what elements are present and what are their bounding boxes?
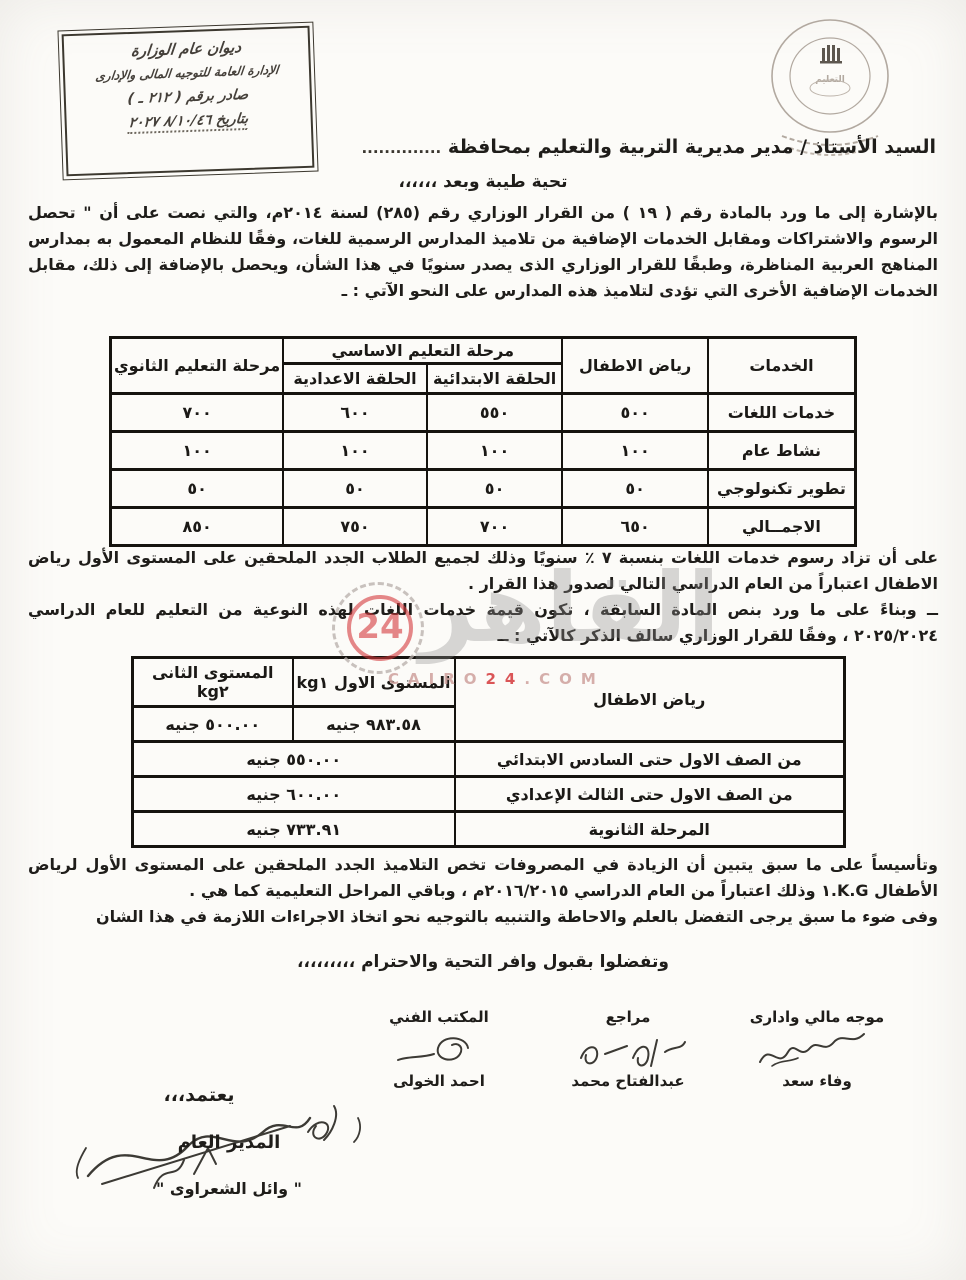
signature-scribble-icon bbox=[742, 1028, 892, 1074]
table-cell: ٥٠ bbox=[111, 470, 284, 508]
table-row: من الصف الاول حتى الثالث الإعدادي ٦٠٠.٠٠… bbox=[133, 777, 845, 812]
seal-ring-text: وزارة التربية والتعليم والتعليم الفني ـ … bbox=[764, 14, 768, 16]
signature-title: المكتب الفني bbox=[354, 1008, 524, 1026]
table-cell: ١٠٠ bbox=[427, 432, 563, 470]
signature-scribble-icon bbox=[364, 1028, 514, 1074]
table-cell: ٥٥٠ bbox=[427, 394, 563, 432]
signature-scribble-icon bbox=[553, 1028, 703, 1074]
level2-value: ٥٠٠.٠٠ جنيه bbox=[133, 707, 293, 742]
stamp-date-line: بتاريخ ٨/١٠/٤٦ ٢٠٢٧ bbox=[127, 111, 249, 134]
row-label: خدمات اللغات bbox=[708, 394, 856, 432]
eagle-icon bbox=[820, 45, 842, 64]
table-total-row: الاجمــالي ٦٥٠ ٧٠٠ ٧٥٠ ٨٥٠ bbox=[111, 508, 856, 546]
header-primary-cycle: الحلقة الابتدائية bbox=[427, 364, 563, 394]
row-label: تطوير تكنولوجي bbox=[708, 470, 856, 508]
level1-value: ٩٨٣.٥٨ جنيه bbox=[293, 707, 455, 742]
signature-block-financial-supervisor: موجه مالي وادارى وفاء سعد bbox=[732, 1008, 902, 1090]
additional-services-fees-table: الخدمات رياض الاطفال مرحلة التعليم الاسا… bbox=[109, 336, 857, 547]
closing-paragraph-a: وتأسيساً على ما سبق يتبين أن الزيادة في … bbox=[28, 855, 938, 900]
header-preparatory-cycle: الحلقة الاعدادية bbox=[283, 364, 427, 394]
row-label: من الصف الاول حتى الثالث الإعدادي bbox=[455, 777, 845, 812]
closing-paragraph-b: وفى ضوء ما سبق يرجى التفضل بالعلم والاحا… bbox=[96, 907, 938, 926]
closing-salutation: وتفضلوا بقبول وافر التحية والاحترام ،،،،… bbox=[150, 952, 816, 972]
header-secondary: مرحلة التعليم الثانوي bbox=[111, 338, 284, 394]
header-basic-education: مرحلة التعليم الاساسي bbox=[283, 338, 562, 364]
table-cell: ٦٥٠ bbox=[562, 508, 708, 546]
table-header-row: الخدمات رياض الاطفال مرحلة التعليم الاسا… bbox=[111, 338, 856, 364]
mid-paragraph: على أن تزاد رسوم خدمات اللغات بنسبة ٧ ٪ … bbox=[28, 545, 938, 649]
table-row: خدمات اللغات ٥٠٠ ٥٥٠ ٦٠٠ ٧٠٠ bbox=[111, 394, 856, 432]
mid-paragraph-a: على أن تزاد رسوم خدمات اللغات بنسبة ٧ ٪ … bbox=[28, 548, 938, 593]
table-row: تطوير تكنولوجي ٥٠ ٥٠ ٥٠ ٥٠ bbox=[111, 470, 856, 508]
table-cell: ١٠٠ bbox=[111, 432, 284, 470]
signature-block-reviewer: مراجع عبدالفتاح محمد bbox=[543, 1008, 713, 1090]
table-cell: ١٠٠ bbox=[562, 432, 708, 470]
recipient-text: السيد الأستاذ / مدير مديرية التربية والت… bbox=[448, 136, 936, 158]
signature-name: وفاء سعد bbox=[732, 1072, 902, 1090]
stamp-department-line: الإدارة العامة للتوجيه المالى والإدارى bbox=[72, 62, 301, 84]
row-label: من الصف الاول حتى السادس الابتدائي bbox=[455, 742, 845, 777]
header-kindergarten: رياض الاطفال bbox=[562, 338, 708, 394]
table-cell: ٥٠ bbox=[283, 470, 427, 508]
mid-paragraph-b: ــ وبناءً على ما ورد بنص المادة السابقة … bbox=[28, 600, 938, 645]
table-row: المرحلة الثانوية ٧٣٣.٩١ جنيه bbox=[133, 812, 845, 847]
row-label: الاجمــالي bbox=[708, 508, 856, 546]
language-services-values-table: رياض الاطفال المستوى الاول kg١ المستوى ا… bbox=[131, 656, 846, 848]
stamp-office-line: ديوان عام الوزارة bbox=[71, 36, 301, 62]
fees-table-wrapper: الخدمات رياض الاطفال مرحلة التعليم الاسا… bbox=[109, 336, 857, 547]
director-title: المدير العام bbox=[64, 1132, 394, 1153]
row-value: ٦٠٠.٠٠ جنيه bbox=[133, 777, 455, 812]
row-label: المرحلة الثانوية bbox=[455, 812, 845, 847]
signatures-row: موجه مالي وادارى وفاء سعد مراجع عبدالفتا… bbox=[354, 1008, 902, 1090]
table-cell: ١٠٠ bbox=[283, 432, 427, 470]
recipient-line: السيد الأستاذ / مدير مديرية التربية والت… bbox=[330, 136, 936, 158]
signature-title: موجه مالي وادارى bbox=[732, 1008, 902, 1026]
intro-paragraph: بالإشارة إلى ما ورد بالمادة رقم ( ١٩ ) م… bbox=[28, 200, 938, 304]
table-cell: ٥٠ bbox=[562, 470, 708, 508]
table-cell: ٦٠٠ bbox=[283, 394, 427, 432]
row-label: نشاط عام bbox=[708, 432, 856, 470]
language-fees-table-wrapper: رياض الاطفال المستوى الاول kg١ المستوى ا… bbox=[134, 656, 846, 848]
dotted-leader: .............. bbox=[361, 139, 441, 157]
approval-block: يعتمد،،، المدير العام " وائل الشعراوى " bbox=[64, 1084, 394, 1198]
level1-header: المستوى الاول kg١ bbox=[293, 658, 455, 707]
table-cell: ٥٠٠ bbox=[562, 394, 708, 432]
table-row: رياض الاطفال المستوى الاول kg١ المستوى ا… bbox=[133, 658, 845, 707]
table-row: نشاط عام ١٠٠ ١٠٠ ١٠٠ ١٠٠ bbox=[111, 432, 856, 470]
kindergarten-label: رياض الاطفال bbox=[455, 658, 845, 742]
table-cell: ٧٥٠ bbox=[283, 508, 427, 546]
row-value: ٧٣٣.٩١ جنيه bbox=[133, 812, 455, 847]
table-cell: ٧٠٠ bbox=[427, 508, 563, 546]
level2-header: المستوى الثانى kg٢ bbox=[133, 658, 293, 707]
greeting-line: تحية طيبة وبعد ،،،،،، bbox=[200, 172, 766, 192]
table-cell: ٨٥٠ bbox=[111, 508, 284, 546]
closing-paragraph: وتأسيساً على ما سبق يتبين أن الزيادة في … bbox=[28, 852, 938, 930]
table-cell: ٧٠٠ bbox=[111, 394, 284, 432]
registry-stamp-box: ديوان عام الوزارة الإدارة العامة للتوجيه… bbox=[62, 26, 315, 177]
signature-title: مراجع bbox=[543, 1008, 713, 1026]
signature-name: عبدالفتاح محمد bbox=[543, 1072, 713, 1090]
table-cell: ٥٠ bbox=[427, 470, 563, 508]
official-letter-page: ديوان عام الوزارة الإدارة العامة للتوجيه… bbox=[0, 0, 966, 1280]
signature-block-technical-office: المكتب الفني احمد الخولى bbox=[354, 1008, 524, 1090]
row-value: ٥٥٠.٠٠ جنيه bbox=[133, 742, 455, 777]
header-services: الخدمات bbox=[708, 338, 856, 394]
director-name: " وائل الشعراوى " bbox=[64, 1179, 394, 1198]
table-row: من الصف الاول حتى السادس الابتدائي ٥٥٠.٠… bbox=[133, 742, 845, 777]
